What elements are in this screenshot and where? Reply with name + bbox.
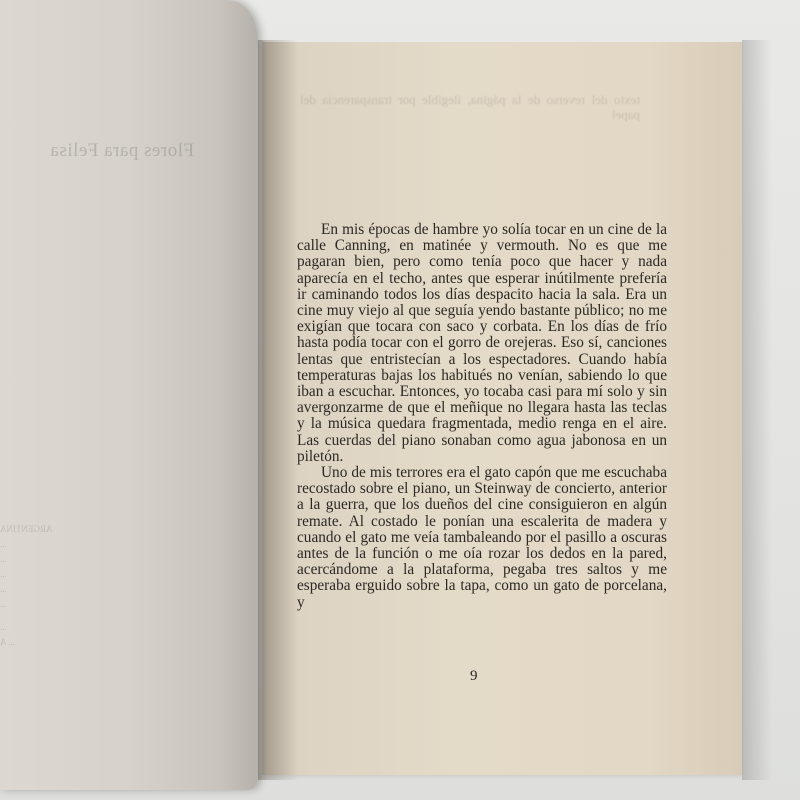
left-page-showthrough-title: Flores para Felisa bbox=[50, 140, 194, 162]
colophon-line: ... bbox=[0, 582, 150, 597]
body-text: En mis épocas de hambre yo solía tocar e… bbox=[297, 222, 667, 611]
colophon-line: ... A bbox=[0, 635, 150, 650]
colophon-line: ... bbox=[0, 567, 150, 582]
colophon-line: ARGENTINA bbox=[0, 522, 150, 537]
left-page[interactable]: Flores para Felisa ARGENTINA ... ... ...… bbox=[0, 0, 258, 790]
colophon-line: ... bbox=[0, 597, 150, 612]
colophon-line: ... bbox=[0, 552, 150, 567]
paragraph: En mis épocas de hambre yo solía tocar e… bbox=[297, 222, 667, 465]
book-shadow bbox=[742, 40, 772, 780]
colophon-line: ... bbox=[0, 620, 150, 635]
right-page-showthrough: texto del reverso de la página, ilegible… bbox=[300, 92, 640, 122]
gutter-shadow bbox=[258, 40, 298, 780]
paragraph: Uno de mis terrores era el gato capón qu… bbox=[297, 465, 667, 611]
colophon-line: ... bbox=[0, 537, 150, 552]
left-page-showthrough-colophon: ARGENTINA ... ... ... ... ... ... ... A bbox=[0, 522, 150, 650]
page-number: 9 bbox=[470, 668, 478, 685]
